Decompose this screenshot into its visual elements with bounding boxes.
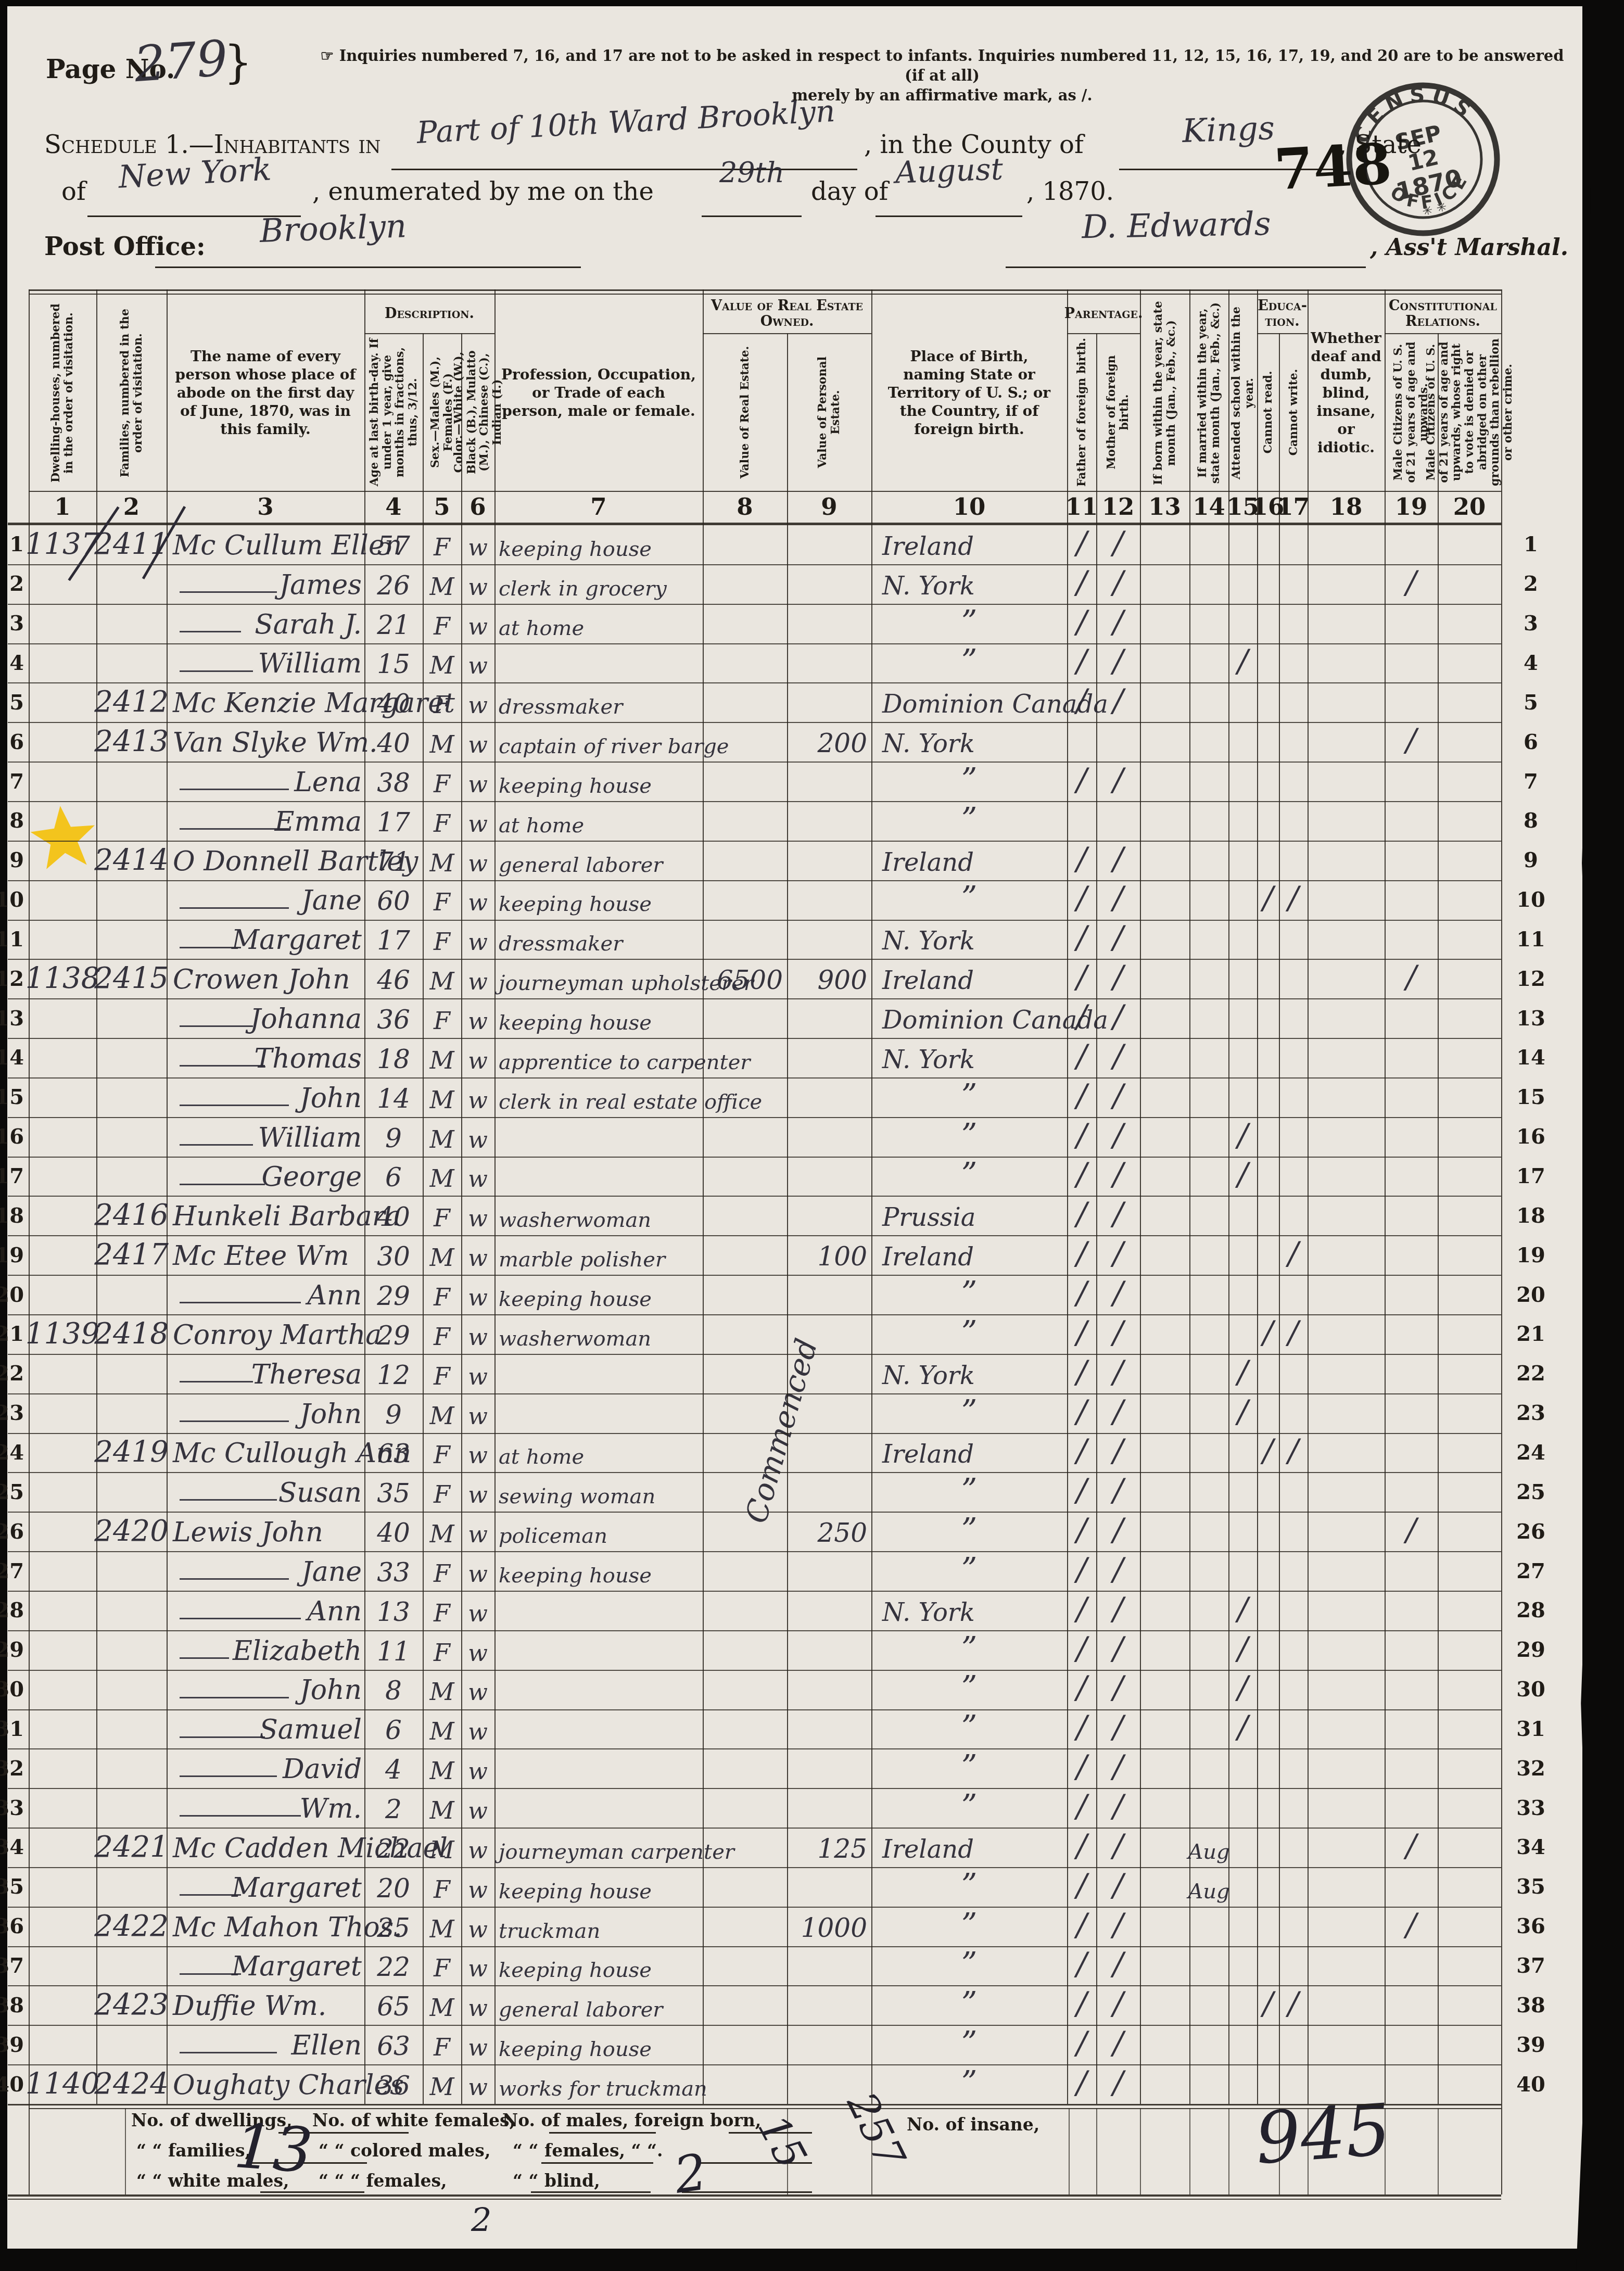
table-rule (703, 289, 704, 2104)
cell-age: 71 (364, 843, 423, 877)
tick-mark: / (1096, 1080, 1140, 1114)
tick-mark: / (1067, 1119, 1096, 1153)
tick-mark: / (1385, 1909, 1438, 1943)
scan-edge-bottom (0, 2249, 1624, 2271)
cell-name: Ellen (286, 2027, 362, 2061)
cell-sex: F (423, 803, 461, 838)
cell-sex: F (423, 1000, 461, 1035)
table-rule (8, 604, 1501, 605)
cell-sex: M (423, 961, 461, 995)
group-header: Parentage. (1067, 295, 1140, 333)
star-icon (28, 803, 99, 870)
tick-mark: / (1385, 1830, 1438, 1864)
row-number-left: 5 (0, 682, 24, 722)
tick-mark: / (1067, 1869, 1096, 1904)
cell-age: 36 (364, 2066, 423, 2101)
cell-family: 2422 (98, 1909, 164, 1943)
tick-mark: / (1067, 1553, 1096, 1588)
tick-mark: / (1067, 1277, 1096, 1311)
cell-color: W (461, 724, 494, 758)
cell-color: W (461, 1948, 494, 1983)
footer-females-label: “ “ “ females, (319, 2171, 447, 2191)
column-header-label-15: Attended school within the year. (1230, 298, 1255, 487)
row-number-right: 33 (1507, 1788, 1554, 1828)
cell-name: Jane (298, 882, 362, 917)
footer-males-foreign-label: No. of males, foreign born, (502, 2110, 761, 2130)
cell-personal-estate: 125 (790, 1830, 867, 1864)
cell-birthplace: ” (871, 2066, 1067, 2101)
cell-name: Van Slyke Wm. (173, 724, 364, 758)
column-header-8: Value of Real Estate. (703, 333, 787, 491)
tick-mark: / (1096, 1000, 1140, 1035)
tick-mark: / (1096, 1869, 1140, 1904)
cell-age: 40 (364, 1198, 423, 1232)
cell-name: William (262, 1119, 362, 1153)
cell-occupation: keeping house (499, 1277, 703, 1311)
name-continuation-dash (180, 1025, 253, 1027)
tick-mark: / (1067, 1711, 1096, 1746)
tick-mark: / (1067, 843, 1096, 877)
cell-color: W (461, 1632, 494, 1667)
cell-sex: F (423, 1553, 461, 1588)
tick-mark: / (1067, 961, 1096, 995)
cell-sex: M (423, 2066, 461, 2101)
tick-mark: / (1096, 1632, 1140, 1667)
tick-mark: / (1228, 1672, 1257, 1706)
cell-family: 2418 (98, 1316, 164, 1351)
cell-color: W (461, 1080, 494, 1114)
column-header-label-13: If born within the year, state month (Ja… (1152, 298, 1177, 487)
cell-age: 12 (364, 1356, 423, 1390)
cell-color: W (461, 1909, 494, 1943)
row-number-left: 37 (0, 1946, 24, 1986)
row-number-left: 24 (0, 1433, 24, 1473)
table-rule (8, 1196, 1501, 1197)
column-header-label-17: Cannot write. (1287, 337, 1300, 487)
column-number-12: 12 (1096, 491, 1140, 523)
cell-occupation: captain of river barge (499, 724, 703, 758)
row-number-left: 4 (0, 643, 24, 683)
table-rule (8, 1748, 1501, 1749)
row-number-right: 5 (1507, 682, 1554, 722)
cell-color: W (461, 566, 494, 601)
table-rule (8, 2025, 1501, 2026)
column-header-18: Whether deaf and dumb, blind, insane, or… (1308, 295, 1385, 491)
table-rule (8, 722, 1501, 723)
column-header-20: Male Citizens of U. S. of 21 years of ag… (1438, 333, 1501, 491)
column-number-14: 14 (1189, 491, 1228, 523)
table-rule (8, 1828, 1501, 1829)
tick-mark: / (1067, 1909, 1096, 1943)
row-number-right: 32 (1507, 1748, 1554, 1788)
name-continuation-dash (180, 789, 289, 790)
cell-birthplace: ” (871, 1909, 1067, 1943)
month-underline (876, 215, 1022, 217)
table-rule (1096, 2108, 1097, 2194)
marshal-underline (1006, 267, 1366, 268)
tick-mark: / (1096, 527, 1140, 561)
column-number-16: 16 (1257, 491, 1279, 523)
column-number-2: 2 (96, 491, 167, 523)
cell-occupation: general laborer (499, 843, 703, 877)
cell-sex: F (423, 1593, 461, 1627)
table-rule (1438, 2108, 1439, 2194)
tick-mark: / (1096, 961, 1140, 995)
cell-color: W (461, 1316, 494, 1351)
row-number-left: 40 (0, 2064, 24, 2104)
table-rule (8, 841, 1501, 842)
name-continuation-dash (180, 591, 277, 593)
cell-age: 9 (364, 1395, 423, 1430)
table-rule (8, 1393, 1501, 1394)
tick-mark: / (1067, 1830, 1096, 1864)
cell-occupation: truckman (499, 1909, 703, 1943)
cell-name: David (286, 1750, 362, 1785)
cell-color: W (461, 1553, 494, 1588)
cell-color: W (461, 1790, 494, 1824)
cell-name: John (298, 1395, 362, 1430)
cell-sex: F (423, 922, 461, 956)
cell-family: 2416 (98, 1198, 164, 1232)
name-continuation-dash (180, 1697, 289, 1698)
table-rule (1228, 2108, 1229, 2194)
row-number-left: 3 (0, 604, 24, 643)
row-number-right: 6 (1507, 722, 1554, 762)
table-rule (29, 289, 30, 2194)
cell-sex: M (423, 1080, 461, 1114)
cell-age: 8 (364, 1672, 423, 1706)
tick-mark: / (1228, 1593, 1257, 1627)
cell-color: W (461, 1277, 494, 1311)
table-rule (8, 1946, 1501, 1947)
cell-sex: M (423, 843, 461, 877)
cell-color: W (461, 1040, 494, 1074)
column-number-4: 4 (364, 491, 423, 523)
cell-name: Ann (310, 1277, 362, 1311)
name-continuation-dash (180, 1420, 289, 1422)
table-rule (1140, 2108, 1141, 2194)
tick-mark: / (1228, 1711, 1257, 1746)
cell-name: James (286, 566, 362, 601)
cell-family: 2415 (98, 961, 164, 995)
cell-sex: F (423, 1869, 461, 1904)
column-number-7: 7 (494, 491, 703, 523)
row-number-right: 3 (1507, 604, 1554, 643)
row-number-right: 17 (1507, 1157, 1554, 1196)
column-number-20: 20 (1438, 491, 1501, 523)
cell-age: 65 (364, 1987, 423, 2022)
cell-name: Crowen John (173, 961, 364, 995)
table-rule (8, 564, 1501, 565)
cell-family: 2419 (98, 1435, 164, 1469)
cell-color: W (461, 645, 494, 680)
cell-age: 18 (364, 1040, 423, 1074)
tick-mark: / (1067, 1514, 1096, 1548)
cell-name: Conroy Martha (173, 1316, 364, 1351)
cell-color: W (461, 882, 494, 917)
footer-blind-label: “ “ blind, (513, 2171, 600, 2191)
cell-color: W (461, 1435, 494, 1469)
row-number-left: 27 (0, 1551, 24, 1591)
tick-mark: / (1067, 1948, 1096, 1983)
table-rule (1279, 333, 1280, 2104)
column-header-label-4: Age at last birth-day. If under 1 year, … (368, 337, 420, 487)
tick-mark: / (1067, 1672, 1096, 1706)
cell-color: W (461, 1672, 494, 1706)
table-rule (1228, 289, 1229, 2104)
cell-age: 38 (364, 764, 423, 798)
name-continuation-dash (180, 1618, 301, 1619)
cell-family: 2421 (98, 1830, 164, 1864)
cell-sex: M (423, 1395, 461, 1430)
cell-age: 29 (364, 1316, 423, 1351)
tick-mark: / (1067, 1593, 1096, 1627)
cell-sex: M (423, 724, 461, 758)
tick-mark: / (1257, 1987, 1279, 2022)
cell-name: Mc Cullough Ann (173, 1435, 364, 1469)
tick-mark: / (1279, 1987, 1308, 2022)
cell-age: 17 (364, 922, 423, 956)
cell-color: W (461, 1356, 494, 1390)
cell-month-14: Aug (1189, 1869, 1228, 1904)
cell-age: 20 (364, 1869, 423, 1904)
cell-sex: F (423, 2027, 461, 2061)
cell-sex: F (423, 1632, 461, 1667)
cell-color: W (461, 1395, 494, 1430)
table-rule (1385, 2108, 1386, 2194)
name-continuation-dash (180, 1184, 265, 1185)
cell-occupation: washerwoman (499, 1198, 703, 1232)
cell-family: 2417 (98, 1237, 164, 1272)
cell-birthplace: N. York (882, 566, 1067, 601)
tick-mark: / (1257, 1316, 1279, 1351)
tick-mark: / (1279, 882, 1308, 917)
tick-mark: / (1067, 1987, 1096, 2022)
table-rule (8, 880, 1501, 881)
cell-birthplace: ” (871, 1790, 1067, 1824)
cell-age: 22 (364, 1948, 423, 1983)
row-number-left: 18 (0, 1196, 24, 1235)
column-header-label-16: Cannot read. (1262, 337, 1275, 487)
cell-birthplace: ” (871, 1672, 1067, 1706)
cell-color: W (461, 961, 494, 995)
row-number-left: 28 (0, 1591, 24, 1630)
column-header-2: Families, numbered in the order of visit… (96, 295, 167, 491)
row-number-left: 15 (0, 1077, 24, 1117)
cell-age: 13 (364, 1593, 423, 1627)
tick-mark: / (1067, 1080, 1096, 1114)
row-number-left: 13 (0, 998, 24, 1038)
footer-underline (549, 2132, 656, 2134)
table-rule (8, 643, 1501, 644)
column-header-14: If married within the year, state month … (1189, 295, 1228, 491)
cell-birthplace: Ireland (882, 843, 1067, 877)
table-rule (871, 289, 872, 2104)
column-header-16: Cannot read. (1257, 333, 1279, 491)
cell-personal-estate: 900 (790, 961, 867, 995)
row-number-left: 20 (0, 1275, 24, 1314)
table-rule (787, 333, 788, 2104)
row-number-left: 12 (0, 959, 24, 998)
tick-mark: / (1096, 1356, 1140, 1390)
column-header-label-9: Value of Personal Estate. (816, 337, 842, 487)
cell-color: W (461, 1159, 494, 1193)
cell-occupation: keeping house (499, 1553, 703, 1588)
table-rule (8, 920, 1501, 921)
tick-mark: / (1096, 645, 1140, 680)
table-rule (8, 1275, 1501, 1276)
table-rule (8, 2194, 1501, 2197)
tick-mark: / (1096, 684, 1140, 719)
table-rule (8, 2064, 1501, 2065)
cell-sex: M (423, 1790, 461, 1824)
row-number-left: 31 (0, 1709, 24, 1749)
cell-birthplace: Ireland (882, 1237, 1067, 1272)
table-rule (8, 959, 1501, 960)
cell-age: 40 (364, 684, 423, 719)
column-header-11: Father of foreign birth. (1067, 333, 1096, 491)
table-rule (8, 1907, 1501, 1908)
cell-age: 63 (364, 1435, 423, 1469)
cell-occupation: clerk in grocery (499, 566, 703, 601)
cell-age: 21 (364, 606, 423, 640)
cell-occupation: keeping house (499, 2027, 703, 2061)
row-number-left: 25 (0, 1472, 24, 1512)
tick-mark: / (1067, 1000, 1096, 1035)
cell-age: 29 (364, 1277, 423, 1311)
tick-mark: / (1067, 1474, 1096, 1508)
cell-birthplace: Ireland (882, 527, 1067, 561)
cell-birthplace: ” (871, 1080, 1067, 1114)
row-number-right: 31 (1507, 1709, 1554, 1749)
cell-age: 57 (364, 527, 423, 561)
row-number-right: 4 (1507, 643, 1554, 683)
name-continuation-dash (180, 2052, 277, 2053)
cell-age: 60 (364, 882, 423, 917)
cell-birthplace: ” (871, 764, 1067, 798)
cell-occupation: dressmaker (499, 684, 703, 719)
row-number-left: 1 (0, 525, 24, 564)
cell-color: W (461, 1119, 494, 1153)
scan-edge-top (0, 0, 1624, 6)
row-number-right: 2 (1507, 564, 1554, 604)
tick-mark: / (1096, 1474, 1140, 1508)
cell-age: 6 (364, 1711, 423, 1746)
footer-insane-label: No. of insane, (907, 2114, 1039, 2135)
tick-mark: / (1385, 961, 1438, 995)
marshal-title-label: , Ass't Marshal. (1370, 234, 1568, 261)
row-number-right: 34 (1507, 1828, 1554, 1867)
tick-mark: / (1096, 2027, 1140, 2061)
table-rule (8, 1117, 1501, 1118)
cell-age: 11 (364, 1632, 423, 1667)
cell-age: 6 (364, 1159, 423, 1193)
table-rule (1308, 2108, 1309, 2194)
cell-birthplace: N. York (882, 922, 1067, 956)
name-continuation-dash (180, 1499, 277, 1501)
tick-mark: / (1096, 1237, 1140, 1272)
column-number-5: 5 (423, 491, 461, 523)
row-number-right: 39 (1507, 2025, 1554, 2064)
tick-mark: / (1096, 1198, 1140, 1232)
cell-name: Emma (298, 803, 362, 838)
cell-color: W (461, 1237, 494, 1272)
column-header-13: If born within the year, state month (Ja… (1140, 295, 1189, 491)
table-rule (8, 1077, 1501, 1079)
tick-mark: / (1067, 606, 1096, 640)
page-no-value: 279 (132, 30, 230, 93)
column-header-1: Dwelling-houses, numbered in the order o… (29, 295, 96, 491)
table-rule (1501, 289, 1502, 2194)
cell-age: 35 (364, 1474, 423, 1508)
row-number-left: 29 (0, 1630, 24, 1670)
tick-mark: / (1067, 1632, 1096, 1667)
cell-sex: F (423, 606, 461, 640)
table-rule (8, 1512, 1501, 1513)
table-rule (8, 1433, 1501, 1434)
cell-color: W (461, 1987, 494, 2022)
cell-occupation: policeman (499, 1514, 703, 1548)
cell-birthplace: ” (871, 645, 1067, 680)
cell-color: W (461, 1474, 494, 1508)
cell-birthplace: N. York (882, 724, 1067, 758)
footer-underline (531, 2191, 651, 2193)
cell-birthplace: ” (871, 1119, 1067, 1153)
post-office-underline (155, 267, 581, 268)
name-continuation-dash (180, 828, 289, 830)
scan-edge-right-torn (1576, 0, 1624, 2271)
tick-mark: / (1067, 1316, 1096, 1351)
table-rule (787, 2108, 788, 2194)
table-rule (8, 1472, 1501, 1473)
name-continuation-dash (180, 1144, 253, 1146)
cell-color: W (461, 1593, 494, 1627)
cell-occupation: at home (499, 803, 703, 838)
footer-underline (260, 2191, 364, 2193)
tick-mark: / (1228, 1119, 1257, 1153)
cell-color: W (461, 922, 494, 956)
cell-name: Mc Kenzie Margaret (173, 684, 364, 719)
cell-name: Mc Etee Wm (173, 1237, 364, 1272)
tick-mark: / (1067, 764, 1096, 798)
tick-mark: / (1096, 1790, 1140, 1824)
cell-sex: M (423, 1237, 461, 1272)
cell-occupation: at home (499, 606, 703, 640)
table-rule (494, 289, 496, 2104)
row-number-left: 8 (0, 801, 24, 841)
tick-mark: / (1096, 922, 1140, 956)
cell-sex: M (423, 1672, 461, 1706)
cell-family: 2412 (98, 684, 164, 719)
cell-sex: M (423, 1159, 461, 1193)
tick-mark: / (1096, 2066, 1140, 2101)
cell-age: 9 (364, 1119, 423, 1153)
row-number-left: 33 (0, 1788, 24, 1828)
cell-name: Susan (286, 1474, 362, 1508)
tick-mark: / (1096, 1040, 1140, 1074)
column-header-label-14: If married within the year, state month … (1196, 298, 1222, 487)
table-rule (125, 2108, 126, 2194)
cell-occupation: keeping house (499, 1948, 703, 1983)
row-number-left: 21 (0, 1314, 24, 1354)
table-rule (8, 998, 1501, 999)
cell-color: W (461, 764, 494, 798)
row-number-right: 21 (1507, 1314, 1554, 1354)
row-number-right: 18 (1507, 1196, 1554, 1235)
tick-mark: / (1096, 1159, 1140, 1193)
table-rule (1189, 2108, 1190, 2194)
column-header-10: Place of Birth, naming State or Territor… (871, 295, 1067, 491)
